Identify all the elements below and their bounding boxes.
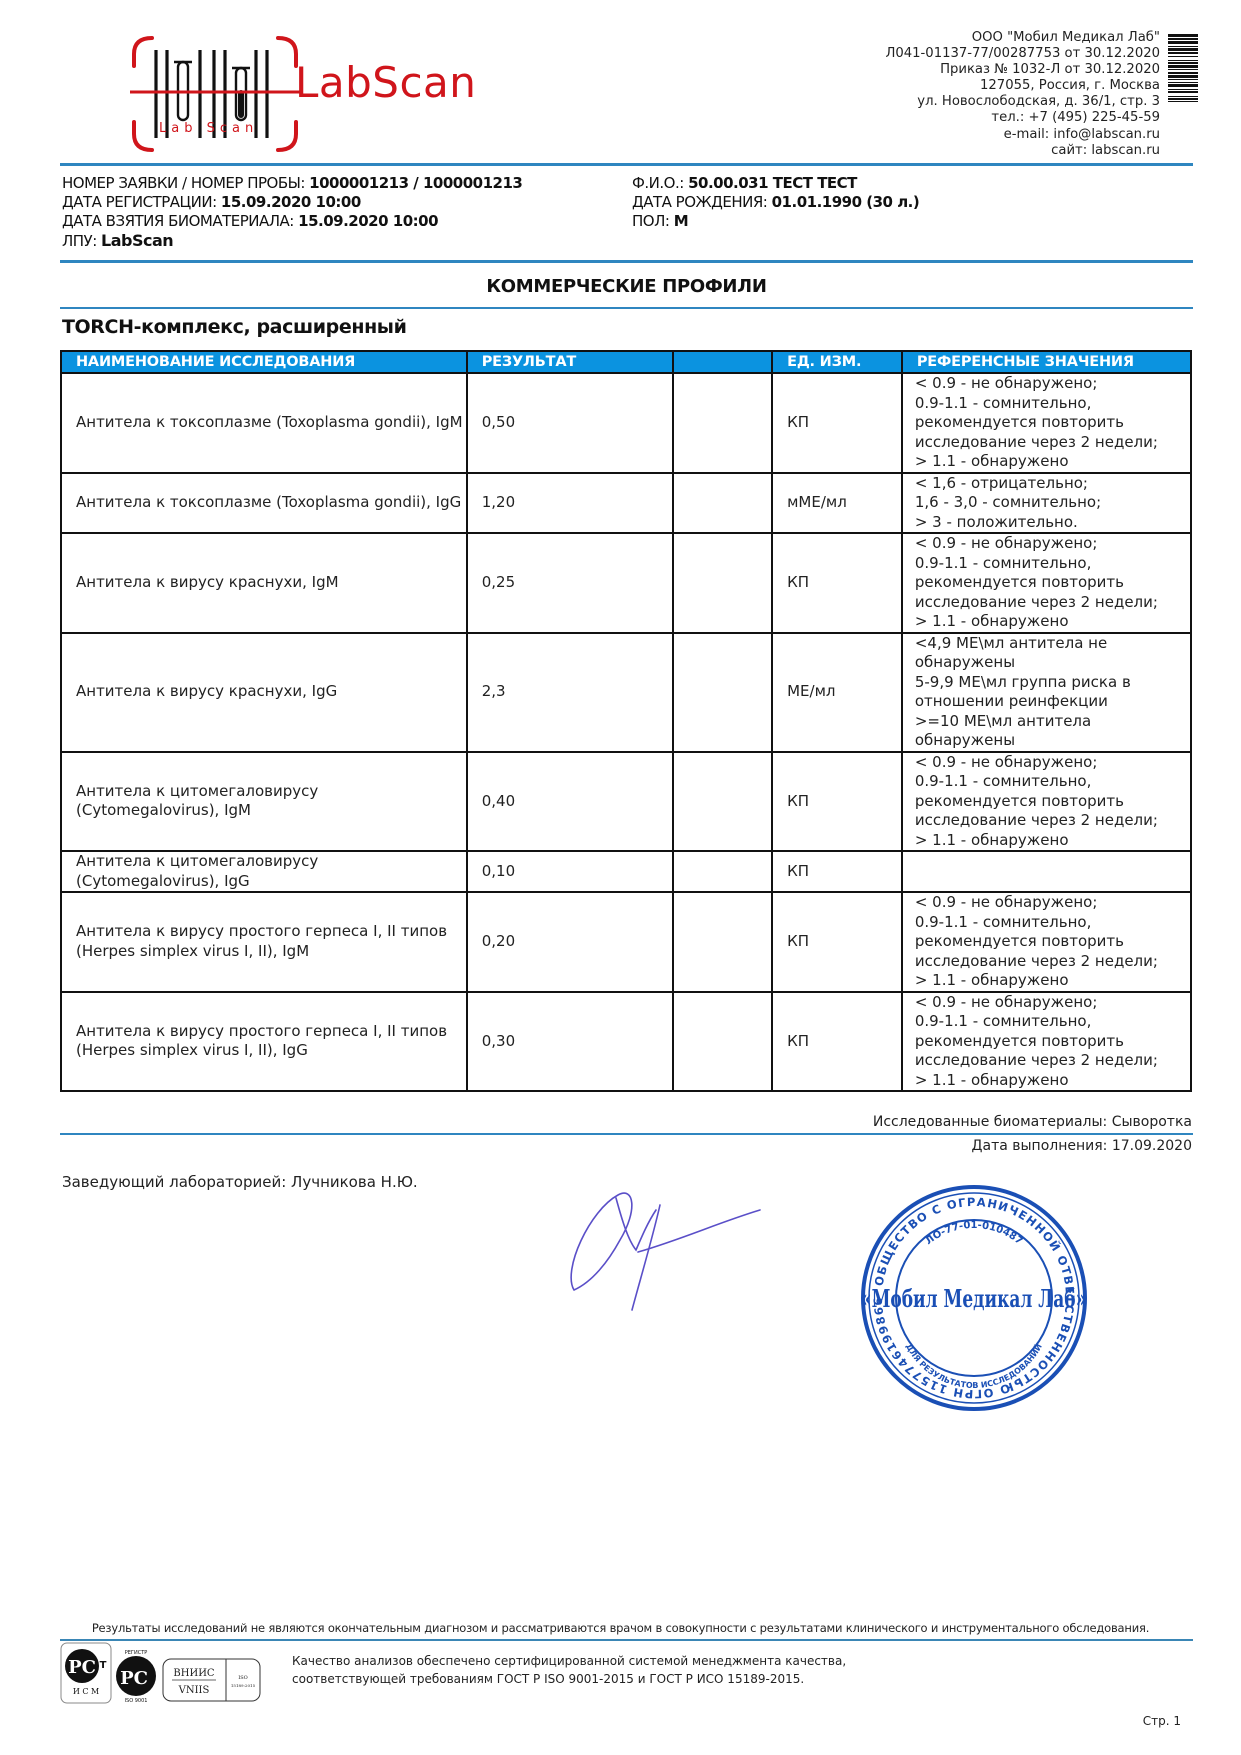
result-flag <box>673 473 772 534</box>
disclaimer: Результаты исследований не являются окон… <box>0 1621 1241 1635</box>
test-name: Антитела к вирусу простого герпеса I, II… <box>61 992 467 1092</box>
table-row: Антитела к вирусу краснухи, IgG2,3МЕ/мл<… <box>61 633 1191 752</box>
table-row: Антитела к цитомегаловирусу (Cytomegalov… <box>61 851 1191 892</box>
reference-values: < 0.9 - не обнаружено;0.9-1.1 - сомнител… <box>902 892 1191 992</box>
reference-values: < 0.9 - не обнаружено;0.9-1.1 - сомнител… <box>902 752 1191 852</box>
svg-text:Lab Scan: Lab Scan <box>159 121 258 136</box>
result-value: 0,10 <box>467 851 673 892</box>
sex: М <box>674 212 688 230</box>
test-name: Антитела к вирусу краснухи, IgG <box>61 633 467 752</box>
table-row: Антитела к вирусу простого герпеса I, II… <box>61 892 1191 992</box>
reference-values: < 0.9 - не обнаружено;0.9-1.1 - сомнител… <box>902 992 1191 1092</box>
svg-text:И С М: И С М <box>73 1687 99 1696</box>
order-info: НОМЕР ЗАЯВКИ / НОМЕР ПРОБЫ: 1000001213 /… <box>62 174 522 251</box>
unit: КП <box>772 992 902 1092</box>
unit: КП <box>772 752 902 852</box>
table-header: НАИМЕНОВАНИЕ ИССЛЕДОВАНИЯ РЕЗУЛЬТАТ ЕД. … <box>61 351 1191 373</box>
section-title: КОММЕРЧЕСКИЕ ПРОФИЛИ <box>0 276 1241 297</box>
reference-values: < 1,6 - отрицательно;1,6 - 3,0 - сомните… <box>902 473 1191 534</box>
company-order: Приказ № 1032-Л от 30.12.2020 <box>885 62 1160 78</box>
table-row: Антитела к вирусу простого герпеса I, II… <box>61 992 1191 1092</box>
result-value: 0,30 <box>467 992 673 1092</box>
registry-icon: PC РЕГИСТР ISO 9001 <box>116 1650 156 1704</box>
page-number: Стр. 1 <box>1143 1714 1181 1728</box>
sample-date: 15.09.2020 10:00 <box>298 212 438 230</box>
result-flag <box>673 851 772 892</box>
result-value: 0,25 <box>467 533 673 633</box>
unit: МЕ/мл <box>772 633 902 752</box>
unit: КП <box>772 851 902 892</box>
birth-date: 01.01.1990 (30 л.) <box>772 193 920 211</box>
reference-values: < 0.9 - не обнаружено;0.9-1.1 - сомнител… <box>902 373 1191 473</box>
vniis-icon: ВНИИС VNIIS ISO 15189:2015 <box>163 1659 260 1701</box>
barcode-icon <box>1168 34 1198 162</box>
test-name: Антитела к вирусу краснухи, IgM <box>61 533 467 633</box>
company-email: e-mail: info@labscan.ru <box>885 127 1160 143</box>
divider <box>60 1133 1193 1135</box>
results-table: НАИМЕНОВАНИЕ ИССЛЕДОВАНИЯ РЕЗУЛЬТАТ ЕД. … <box>60 350 1192 1092</box>
svg-text:ISO 9001: ISO 9001 <box>125 1698 148 1704</box>
svg-text:ВНИИС: ВНИИС <box>173 1668 215 1679</box>
reference-values: <4,9 МЕ\мл антитела необнаружены5-9,9 МЕ… <box>902 633 1191 752</box>
quality-statement: Качество анализов обеспечено сертифициро… <box>292 1652 846 1688</box>
unit: КП <box>772 892 902 992</box>
lpu: LabScan <box>101 231 173 250</box>
test-name: Антитела к цитомегаловирусу (Cytomegalov… <box>61 851 467 892</box>
svg-text:VNIIS: VNIIS <box>178 1685 210 1696</box>
table-row: Антитела к токсоплазме (Toxoplasma gondi… <box>61 473 1191 534</box>
company-street: ул. Новослободская, д. 36/1, стр. 3 <box>885 94 1160 110</box>
test-name: Антитела к токсоплазме (Toxoplasma gondi… <box>61 473 467 534</box>
result-flag <box>673 533 772 633</box>
company-stamp: ОБЩЕСТВО С ОГРАНИЧЕННОЙ ОТВЕТСТВЕННОСТЬЮ… <box>858 1182 1090 1414</box>
company-city: 127055, Россия, г. Москва <box>885 78 1160 94</box>
divider <box>60 163 1193 166</box>
patient-name: 50.00.031 ТЕСТ ТЕСТ <box>688 174 857 192</box>
result-value: 2,3 <box>467 633 673 752</box>
unit: КП <box>772 373 902 473</box>
svg-text:PC: PC <box>68 1657 96 1678</box>
registration-date: 15.09.2020 10:00 <box>221 193 361 211</box>
svg-text:«Мобил Медикал Лаб»: «Мобил Медикал Лаб» <box>861 1284 1086 1313</box>
test-name: Антитела к токсоплазме (Toxoplasma gondi… <box>61 373 467 473</box>
result-flag <box>673 892 772 992</box>
execution-date: Дата выполнения: 17.09.2020 <box>972 1138 1192 1154</box>
result-value: 1,20 <box>467 473 673 534</box>
certification-logos: PC T И С М PC РЕГИСТР ISO 9001 ВНИИС VNI… <box>60 1642 270 1704</box>
svg-text:ISO: ISO <box>238 1675 248 1681</box>
result-flag <box>673 373 772 473</box>
pct-icon: PC T И С М <box>61 1643 111 1703</box>
svg-text:PC: PC <box>120 1668 148 1689</box>
test-name: Антитела к вирусу простого герпеса I, II… <box>61 892 467 992</box>
company-info: ООО "Мобил Медикал Лаб" Л041-01137-77/00… <box>885 30 1160 159</box>
reference-values <box>902 851 1191 892</box>
col-unit: ЕД. ИЗМ. <box>772 351 902 373</box>
table-row: Антитела к токсоплазме (Toxoplasma gondi… <box>61 373 1191 473</box>
col-reference: РЕФЕРЕНСНЫЕ ЗНАЧЕНИЯ <box>902 351 1191 373</box>
col-flag <box>673 351 772 373</box>
reference-values: < 0.9 - не обнаружено;0.9-1.1 - сомнител… <box>902 533 1191 633</box>
col-test-name: НАИМЕНОВАНИЕ ИССЛЕДОВАНИЯ <box>61 351 467 373</box>
svg-text:РЕГИСТР: РЕГИСТР <box>125 1650 148 1656</box>
svg-text:ЛО-77-01-010487: ЛО-77-01-010487 <box>924 1220 1025 1247</box>
company-name: ООО "Мобил Медикал Лаб" <box>885 30 1160 46</box>
result-flag <box>673 633 772 752</box>
divider <box>60 260 1193 263</box>
profile-title: TORCH-комплекс, расширенный <box>62 316 407 338</box>
svg-text:15189:2015: 15189:2015 <box>231 1683 256 1688</box>
head-of-lab: Заведующий лабораторией: Лучникова Н.Ю. <box>62 1173 418 1191</box>
table-row: Антитела к вирусу краснухи, IgM0,25КП< 0… <box>61 533 1191 633</box>
test-name: Антитела к цитомегаловирусу (Cytomegalov… <box>61 752 467 852</box>
svg-text:T: T <box>100 1660 107 1671</box>
company-license: Л041-01137-77/00287753 от 30.12.2020 <box>885 46 1160 62</box>
result-flag <box>673 752 772 852</box>
company-phone: тел.: +7 (495) 225-45-59 <box>885 110 1160 126</box>
signature <box>560 1170 800 1320</box>
divider <box>60 1639 1193 1641</box>
result-flag <box>673 992 772 1092</box>
col-result: РЕЗУЛЬТАТ <box>467 351 673 373</box>
order-number: 1000001213 / 1000001213 <box>309 174 522 192</box>
result-value: 0,20 <box>467 892 673 992</box>
result-value: 0,50 <box>467 373 673 473</box>
result-value: 0,40 <box>467 752 673 852</box>
unit: КП <box>772 533 902 633</box>
unit: мМЕ/мл <box>772 473 902 534</box>
biomaterial: Исследованные биоматериалы: Сыворотка <box>873 1114 1192 1130</box>
brand-name: LabScan <box>295 58 476 107</box>
table-row: Антитела к цитомегаловирусу (Cytomegalov… <box>61 752 1191 852</box>
divider <box>60 307 1193 309</box>
patient-info: Ф.И.О.: 50.00.031 ТЕСТ ТЕСТ ДАТА РОЖДЕНИ… <box>632 174 919 231</box>
company-site: сайт: labscan.ru <box>885 143 1160 159</box>
